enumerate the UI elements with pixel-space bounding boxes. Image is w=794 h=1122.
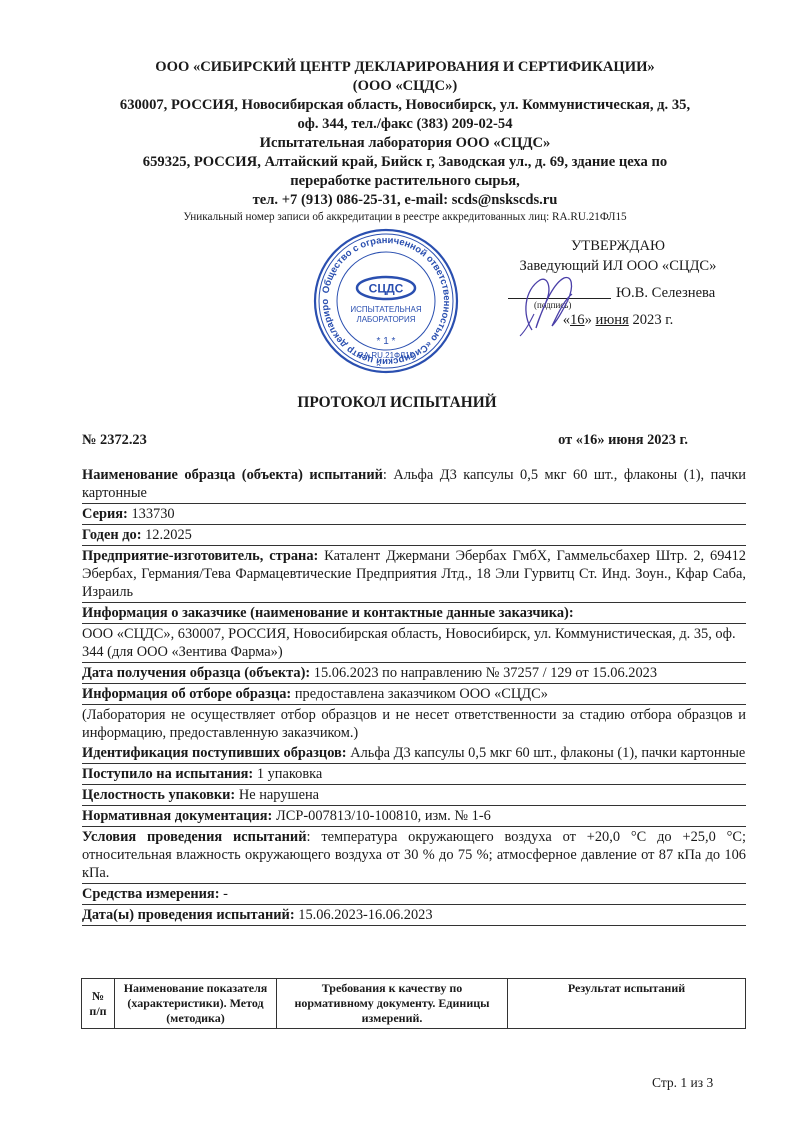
field-value: 133730: [131, 506, 174, 522]
field-label: Поступило на испытания:: [82, 766, 253, 782]
field-normative-docs: Нормативная документация: ЛСР-007813/10-…: [82, 806, 746, 827]
date-month: июня: [596, 312, 629, 328]
field-value: ЛСР-007813/10-100810, изм. № 1-6: [276, 808, 491, 824]
field-value: -: [223, 886, 228, 902]
svg-text:* 1 *: * 1 *: [377, 336, 396, 347]
field-receipt-date: Дата получения образца (объекта): 15.06.…: [82, 663, 746, 684]
protocol-fields: Наименование образца (объекта) испытаний…: [82, 465, 746, 926]
lab-address-cont: переработке растительного сырья,: [80, 172, 730, 191]
field-label: Дата(ы) проведения испытаний:: [82, 907, 295, 923]
field-label: Средства измерения:: [82, 886, 220, 902]
date-year: 2023 г.: [629, 312, 673, 328]
field-customer-info-label: Информация о заказчике (наименование и к…: [82, 603, 746, 624]
svg-text:ЛАБОРАТОРИЯ: ЛАБОРАТОРИЯ: [356, 315, 415, 324]
field-label: Годен до:: [82, 527, 142, 543]
col-number-header: № п/п: [82, 979, 115, 1029]
field-value: Альфа Д3 капсулы 0,5 мкг 60 шт., флаконы…: [350, 745, 745, 761]
org-office-phone: оф. 344, тел./факс (383) 209-02-54: [80, 115, 730, 134]
field-value: предоставлена заказчиком ООО «СЦДС»: [295, 686, 548, 702]
field-manufacturer: Предприятие-изготовитель, страна: Катале…: [82, 546, 746, 603]
organization-header: ООО «СИБИРСКИЙ ЦЕНТР ДЕКЛАРИРОВАНИЯ И СЕ…: [80, 58, 730, 225]
lab-name: Испытательная лаборатория ООО «СЦДС»: [80, 134, 730, 153]
field-sample-name: Наименование образца (объекта) испытаний…: [82, 465, 746, 504]
field-separator: :: [307, 829, 322, 845]
col-indicator-header: Наименование показателя (характеристики)…: [115, 979, 277, 1029]
field-label: Серия:: [82, 506, 128, 522]
signature-icon: [512, 270, 592, 340]
field-label: Предприятие-изготовитель, страна:: [82, 548, 318, 564]
field-measuring-instruments: Средства измерения: -: [82, 884, 746, 905]
field-value: 1 упаковка: [257, 766, 323, 782]
document-title: ПРОТОКОЛ ИСПЫТАНИЙ: [0, 394, 794, 412]
field-label: Информация о заказчике (наименование и к…: [82, 605, 574, 621]
svg-text:RA.RU.21ФЛ15: RA.RU.21ФЛ15: [358, 351, 415, 360]
field-label: Идентификация поступивших образцов:: [82, 745, 347, 761]
field-value: ООО «СЦДС», 630007, РОССИЯ, Новосибирска…: [82, 626, 736, 660]
field-expiry: Годен до: 12.2025: [82, 525, 746, 546]
field-value: 12.2025: [145, 527, 192, 543]
org-address: 630007, РОССИЯ, Новосибирская область, Н…: [80, 96, 730, 115]
lab-contacts: тел. +7 (913) 086-25-31, e-mail: scds@ns…: [80, 191, 730, 210]
lab-stamp-icon: Общество с ограниченной ответственностью…: [313, 228, 459, 374]
lab-address: 659325, РОССИЯ, Алтайский край, Бийск г,…: [80, 153, 730, 172]
document-date: от «16» июня 2023 г.: [558, 432, 688, 449]
col-requirements-header: Требования к качеству по нормативному до…: [277, 979, 508, 1029]
field-label: Условия проведения испытаний: [82, 829, 307, 845]
field-label: Дата получения образца (объекта):: [82, 665, 310, 681]
approver-name: Ю.В. Селезнева: [616, 283, 715, 303]
results-table: № п/п Наименование показателя (характери…: [81, 978, 746, 1029]
field-received-quantity: Поступило на испытания: 1 упаковка: [82, 764, 746, 785]
document-page: ООО «СИБИРСКИЙ ЦЕНТР ДЕКЛАРИРОВАНИЯ И СЕ…: [0, 0, 794, 1122]
page-number: Стр. 1 из 3: [652, 1075, 713, 1091]
org-short-name: (ООО «СЦДС»): [80, 77, 730, 96]
field-label: Наименование образца (объекта) испытаний: [82, 467, 383, 483]
field-customer-info: ООО «СЦДС», 630007, РОССИЯ, Новосибирска…: [82, 624, 746, 663]
field-value: (Лаборатория не осуществляет отбор образ…: [82, 707, 746, 741]
accreditation-number: Уникальный номер записи об аккредитации …: [80, 210, 730, 225]
svg-text:ИСПЫТАТЕЛЬНАЯ: ИСПЫТАТЕЛЬНАЯ: [350, 305, 422, 314]
table-header-row: № п/п Наименование показателя (характери…: [82, 979, 746, 1029]
field-test-conditions: Условия проведения испытаний: температур…: [82, 827, 746, 884]
field-label: Информация об отборе образца:: [82, 686, 291, 702]
org-name: ООО «СИБИРСКИЙ ЦЕНТР ДЕКЛАРИРОВАНИЯ И СЕ…: [80, 58, 730, 77]
field-series: Серия: 133730: [82, 504, 746, 525]
field-value: Не нарушена: [239, 787, 319, 803]
document-number-line: № 2372.23 от «16» июня 2023 г.: [82, 432, 688, 449]
svg-text:СЦДС: СЦДС: [369, 282, 404, 296]
field-sample-identification: Идентификация поступивших образцов: Альф…: [82, 743, 746, 764]
field-value: 15.06.2023 по направлению № 37257 / 129 …: [314, 665, 657, 681]
field-label: Целостность упаковки:: [82, 787, 235, 803]
field-value: 15.06.2023-16.06.2023: [298, 907, 432, 923]
field-label: Нормативная документация:: [82, 808, 272, 824]
field-lab-disclaimer: (Лаборатория не осуществляет отбор образ…: [82, 705, 746, 743]
document-number: № 2372.23: [82, 432, 147, 448]
field-separator: :: [383, 467, 394, 483]
field-test-dates: Дата(ы) проведения испытаний: 15.06.2023…: [82, 905, 746, 926]
field-package-integrity: Целостность упаковки: Не нарушена: [82, 785, 746, 806]
col-result-header: Результат испытаний: [508, 979, 746, 1029]
field-sampling-info: Информация об отборе образца: предоставл…: [82, 684, 746, 705]
results-table-wrap: № п/п Наименование показателя (характери…: [81, 978, 746, 1029]
approval-title: УТВЕРЖДАЮ: [500, 236, 736, 256]
